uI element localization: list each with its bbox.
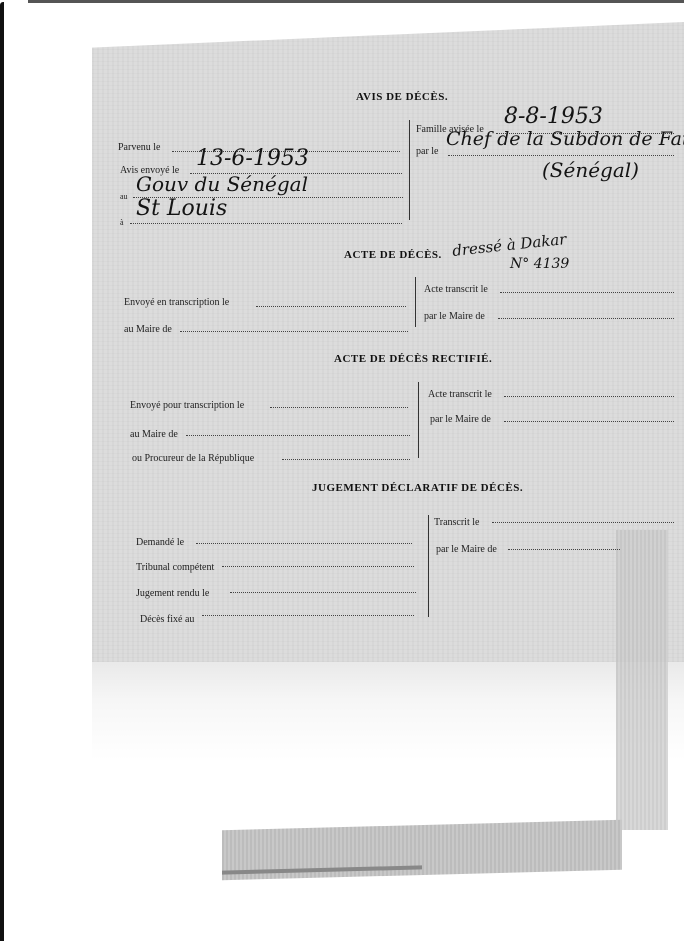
maire-label: au Maire de bbox=[130, 429, 178, 440]
envoye-transcription-label: Envoyé en transcription le bbox=[124, 297, 229, 308]
column-divider bbox=[428, 515, 429, 617]
jugement-rendu-label: Jugement rendu le bbox=[136, 588, 209, 599]
demande-field[interactable] bbox=[196, 543, 412, 544]
section-title: JUGEMENT DÉCLARATIF DE DÉCÈS. bbox=[312, 482, 523, 494]
deces-fixe-label: Décès fixé au bbox=[140, 614, 194, 625]
par-maire-field[interactable] bbox=[498, 318, 674, 319]
par-maire-label: par le Maire de bbox=[430, 414, 491, 425]
section-title: ACTE DE DÉCÈS RECTIFIÉ. bbox=[334, 353, 492, 365]
procureur-field[interactable] bbox=[282, 459, 410, 460]
acte-transcrit-field[interactable] bbox=[500, 292, 674, 293]
scan-left-edge bbox=[0, 2, 4, 941]
section-title: ACTE DE DÉCÈS. bbox=[344, 249, 442, 261]
a-value: St Louis bbox=[136, 196, 227, 221]
a-field[interactable] bbox=[130, 223, 402, 224]
paper-lower bbox=[92, 640, 684, 840]
maire-field[interactable] bbox=[180, 331, 408, 332]
par-maire-label: par le Maire de bbox=[436, 544, 497, 555]
au-label: au bbox=[120, 192, 128, 201]
envoye-pour-transcription-field[interactable] bbox=[270, 407, 408, 408]
envoye-pour-transcription-label: Envoyé pour transcription le bbox=[130, 400, 244, 411]
acte-transcrit-field[interactable] bbox=[504, 396, 674, 397]
procureur-label: ou Procureur de la République bbox=[132, 453, 254, 464]
avis-envoye-value: 13-6-1953 bbox=[196, 146, 309, 171]
acte-transcrit-label: Acte transcrit le bbox=[428, 389, 492, 400]
acte-annotation-number: N° 4139 bbox=[510, 256, 569, 272]
jugement-rendu-field[interactable] bbox=[230, 592, 416, 593]
tribunal-field[interactable] bbox=[222, 566, 414, 567]
par-maire-label: par le Maire de bbox=[424, 311, 485, 322]
tribunal-label: Tribunal compétent bbox=[136, 562, 214, 573]
scan-top-edge bbox=[28, 0, 684, 3]
maire-field[interactable] bbox=[186, 435, 410, 436]
par-le-field[interactable] bbox=[448, 155, 674, 156]
famille-avisee-value: 8-8-1953 bbox=[504, 104, 603, 129]
a-label: à bbox=[120, 218, 124, 227]
par-maire-field[interactable] bbox=[508, 549, 620, 550]
deces-fixe-field[interactable] bbox=[202, 615, 414, 616]
demande-label: Demandé le bbox=[136, 537, 184, 548]
par-maire-field[interactable] bbox=[504, 421, 674, 422]
au-value: Gouv du Sénégal bbox=[136, 172, 308, 196]
par-le-label: par le bbox=[416, 146, 439, 157]
column-divider bbox=[409, 120, 410, 220]
transcrit-field[interactable] bbox=[492, 522, 674, 523]
transcrit-label: Transcrit le bbox=[434, 517, 479, 528]
envoye-transcription-field[interactable] bbox=[256, 306, 406, 307]
section-title: AVIS DE DÉCÈS. bbox=[356, 91, 448, 103]
par-le-value-2: (Sénégal) bbox=[542, 158, 639, 182]
scan-shadow-right bbox=[616, 530, 668, 830]
parvenu-label: Parvenu le bbox=[118, 142, 161, 153]
column-divider bbox=[415, 277, 416, 327]
acte-transcrit-label: Acte transcrit le bbox=[424, 284, 488, 295]
maire-label: au Maire de bbox=[124, 324, 172, 335]
column-divider bbox=[418, 382, 419, 458]
par-le-value: Chef de la Subdon de Fatick bbox=[446, 128, 684, 150]
